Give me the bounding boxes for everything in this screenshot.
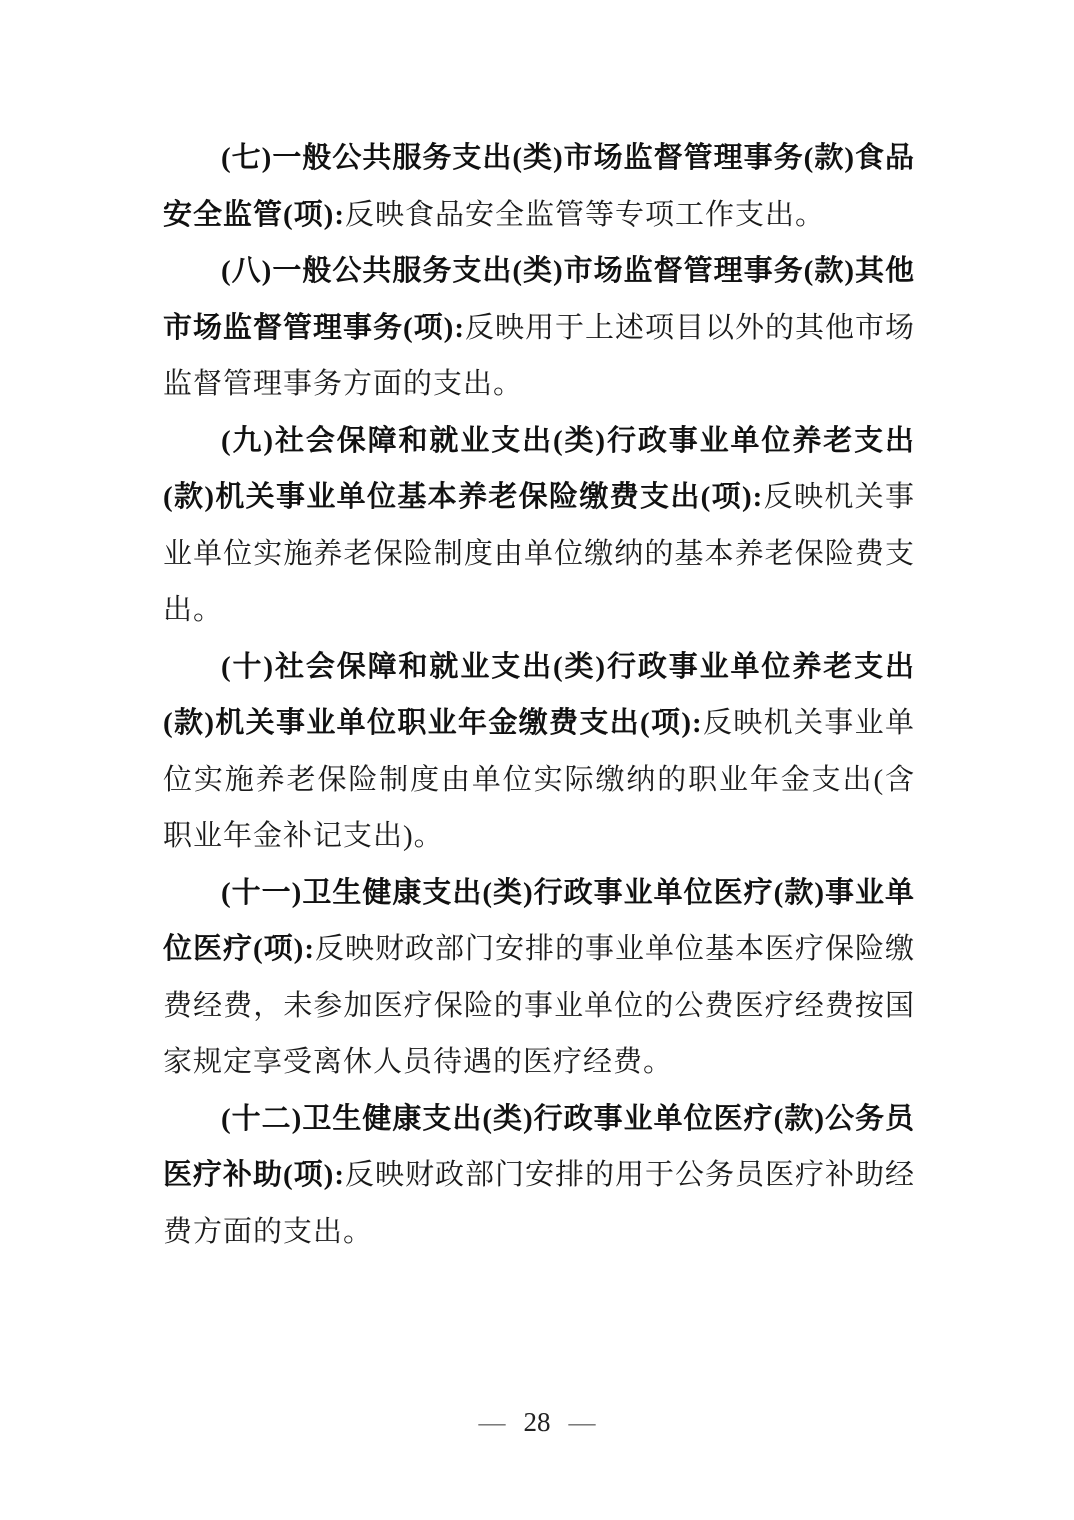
page-number: 28 bbox=[524, 1405, 551, 1439]
paragraph-item-7: (七)一般公共服务支出(类)市场监督管理事务(款)食品安全监管(项):反映食品安… bbox=[163, 130, 915, 243]
paragraph-item-10: (十)社会保障和就业支出(类)行政事业单位养老支出(款)机关事业单位职业年金缴费… bbox=[163, 639, 915, 865]
paragraph-item-8: (八)一般公共服务支出(类)市场监督管理事务(款)其他市场监督管理事务(项):反… bbox=[163, 243, 915, 413]
paragraph-item-11: (十一)卫生健康支出(类)行政事业单位医疗(款)事业单位医疗(项):反映财政部门… bbox=[163, 865, 915, 1091]
footer-dash-left: — bbox=[479, 1407, 506, 1437]
footer-dash-right: — bbox=[569, 1407, 596, 1437]
paragraph-text: 反映食品安全监管等专项工作支出。 bbox=[345, 199, 825, 231]
paragraph-item-12: (十二)卫生健康支出(类)行政事业单位医疗(款)公务员医疗补助(项):反映财政部… bbox=[163, 1091, 915, 1261]
document-body: (七)一般公共服务支出(类)市场监督管理事务(款)食品安全监管(项):反映食品安… bbox=[163, 130, 915, 1260]
page-footer: —28— bbox=[0, 1405, 1074, 1439]
document-page: (七)一般公共服务支出(类)市场监督管理事务(款)食品安全监管(项):反映食品安… bbox=[0, 0, 1074, 1520]
paragraph-item-9: (九)社会保障和就业支出(类)行政事业单位养老支出(款)机关事业单位基本养老保险… bbox=[163, 413, 915, 639]
